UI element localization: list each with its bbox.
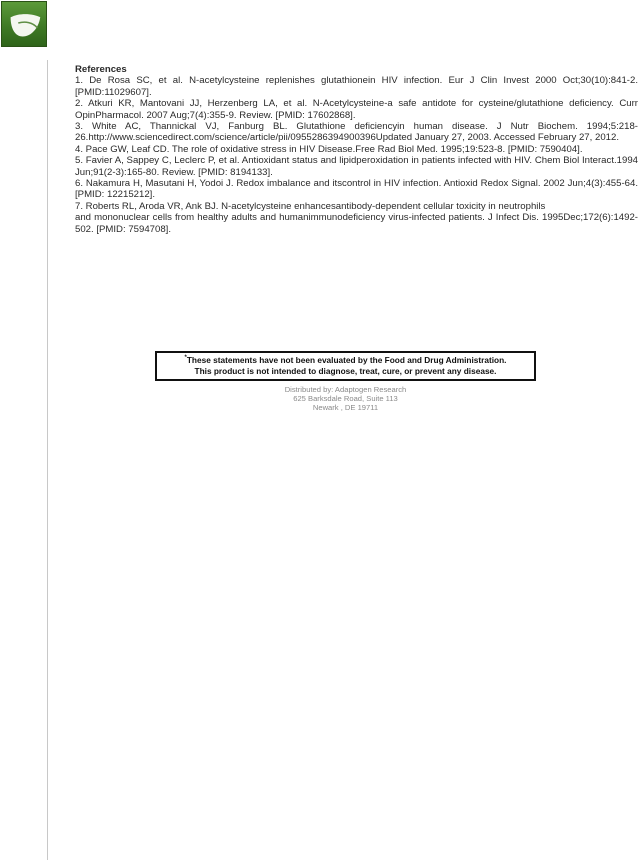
disclaimer-line-2: This product is not intended to diagnose… (157, 366, 534, 377)
reference-item: 6. Nakamura H, Masutani H, Yodoi J. Redo… (75, 178, 638, 201)
page-margin-rule (47, 60, 48, 860)
disclaimer-text-1: These statements have not been evaluated… (187, 355, 507, 365)
distributor-name: Distributed by: Adaptogen Research (155, 385, 536, 394)
distributor-info: Distributed by: Adaptogen Research 625 B… (155, 385, 536, 413)
reference-item: 3. White AC, Thannickal VJ, Fanburg BL. … (75, 121, 638, 144)
reference-item: 5. Favier A, Sappey C, Leclerc P, et al.… (75, 155, 638, 178)
brand-logo (1, 1, 47, 47)
reference-item: 4. Pace GW, Leaf CD. The role of oxidati… (75, 144, 638, 155)
fda-disclaimer-box: *These statements have not been evaluate… (155, 351, 536, 381)
reference-item: 2. Atkuri KR, Mantovani JJ, Herzenberg L… (75, 98, 638, 121)
references-section: References 1. De Rosa SC, et al. N-acety… (75, 64, 638, 235)
reference-item: 1. De Rosa SC, et al. N-acetylcysteine r… (75, 75, 638, 98)
disclaimer-line-1: *These statements have not been evaluate… (157, 355, 534, 366)
reference-item: and mononuclear cells from healthy adult… (75, 212, 638, 235)
leaf-icon (2, 2, 46, 46)
reference-item: 7. Roberts RL, Aroda VR, Ank BJ. N-acety… (75, 201, 638, 212)
distributor-city: Newark , DE 19711 (155, 403, 536, 412)
references-heading: References (75, 64, 638, 75)
distributor-street: 625 Barksdale Road, Suite 113 (155, 394, 536, 403)
